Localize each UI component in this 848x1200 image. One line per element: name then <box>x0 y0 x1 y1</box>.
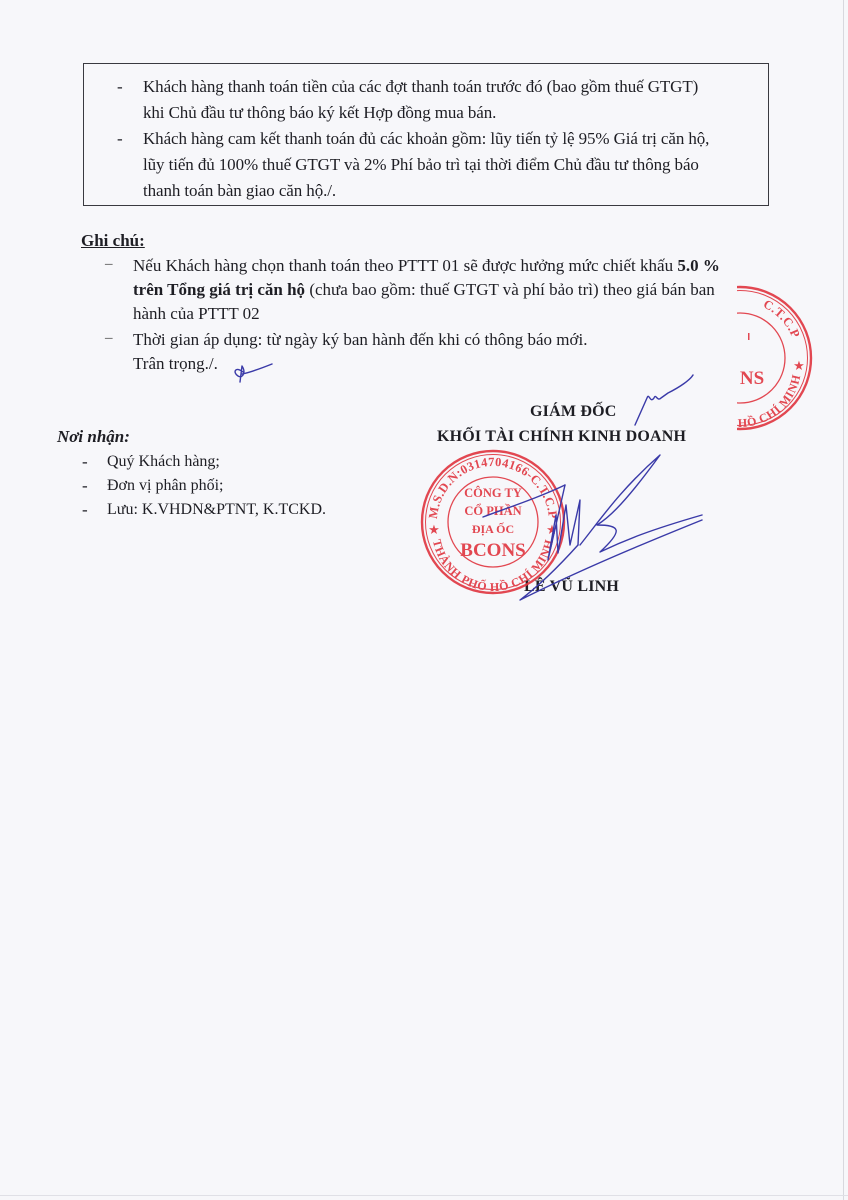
signer-title-line-1: GIÁM ĐỐC <box>530 401 616 423</box>
document-page: - Khách hàng thanh toán tiền của các đợt… <box>0 0 848 1200</box>
recipient-item: Đơn vị phân phối; <box>107 474 223 498</box>
note-1-line-3: hành của PTTT 02 <box>133 302 783 326</box>
svg-text:CỔ PHẦN: CỔ PHẦN <box>464 503 521 518</box>
bullet: - <box>117 74 123 100</box>
bullet: - <box>82 474 88 498</box>
signer-name: LÊ VŨ LINH <box>524 576 619 598</box>
note-1-line-1: Nếu Khách hàng chọn thanh toán theo PTTT… <box>133 254 783 278</box>
bullet: - <box>82 450 88 474</box>
discount-value: 5.0 % <box>677 256 720 275</box>
svg-text:BCONS: BCONS <box>460 540 525 561</box>
box-item-1-line-1: Khách hàng thanh toán tiền của các đợt t… <box>143 74 765 100</box>
bullet: - <box>82 498 88 522</box>
box-item-2-line-1: Khách hàng cam kết thanh toán đủ các kho… <box>143 126 765 152</box>
box-item-2-line-3: thanh toán bàn giao căn hộ./. <box>143 178 765 204</box>
svg-text:ĐỊA ỐC: ĐỊA ỐC <box>472 521 514 536</box>
recipient-item: Quý Khách hàng; <box>107 450 220 474</box>
svg-text:CÔNG TY: CÔNG TY <box>464 486 522 500</box>
svg-text:M.S.D.N:0314704166-C.T.C.P: M.S.D.N:0314704166-C.T.C.P <box>426 455 560 520</box>
svg-text:★: ★ <box>546 523 558 538</box>
page-edge <box>0 1195 848 1196</box>
payment-terms-box: - Khách hàng thanh toán tiền của các đợt… <box>83 63 769 206</box>
recipients-title: Nơi nhận: <box>57 425 130 449</box>
note-2-line-1: Thời gian áp dụng: từ ngày ký ban hành đ… <box>133 328 783 352</box>
page-edge <box>843 0 844 1200</box>
notes-title: Ghi chú: <box>81 229 145 253</box>
note-bold-text: trên Tổng giá trị căn hộ <box>133 280 305 299</box>
box-item-2-line-2: lũy tiến đủ 100% thuế GTGT và 2% Phí bảo… <box>143 152 765 178</box>
note-1-line-2: trên Tổng giá trị căn hộ (chưa bao gồm: … <box>133 278 783 302</box>
signature <box>235 364 702 600</box>
signer-title-line-2: KHỐI TÀI CHÍNH KINH DOANH <box>437 426 686 448</box>
svg-text:★: ★ <box>793 359 805 374</box>
box-item-1-line-2: khi Chủ đầu tư thông báo ký kết Hợp đồng… <box>143 100 765 126</box>
note-text: (chưa bao gồm: thuế GTGT và phí bảo trì)… <box>305 280 715 299</box>
bullet: - <box>117 126 123 152</box>
svg-text:HỒ CHÍ MINH: HỒ CHÍ MINH <box>737 373 803 430</box>
recipient-item: Lưu: K.VHDN&PTNT, K.TCKD. <box>107 498 326 522</box>
note-text: Nếu Khách hàng chọn thanh toán theo PTTT… <box>133 256 677 275</box>
company-stamp: M.S.D.N:0314704166-C.T.C.P THÀNH PHỐ HỒ … <box>422 451 564 594</box>
bullet: – <box>105 252 113 276</box>
closing-text: Trân trọng./. <box>133 352 783 376</box>
svg-text:★: ★ <box>428 523 440 538</box>
bullet: – <box>105 326 113 350</box>
